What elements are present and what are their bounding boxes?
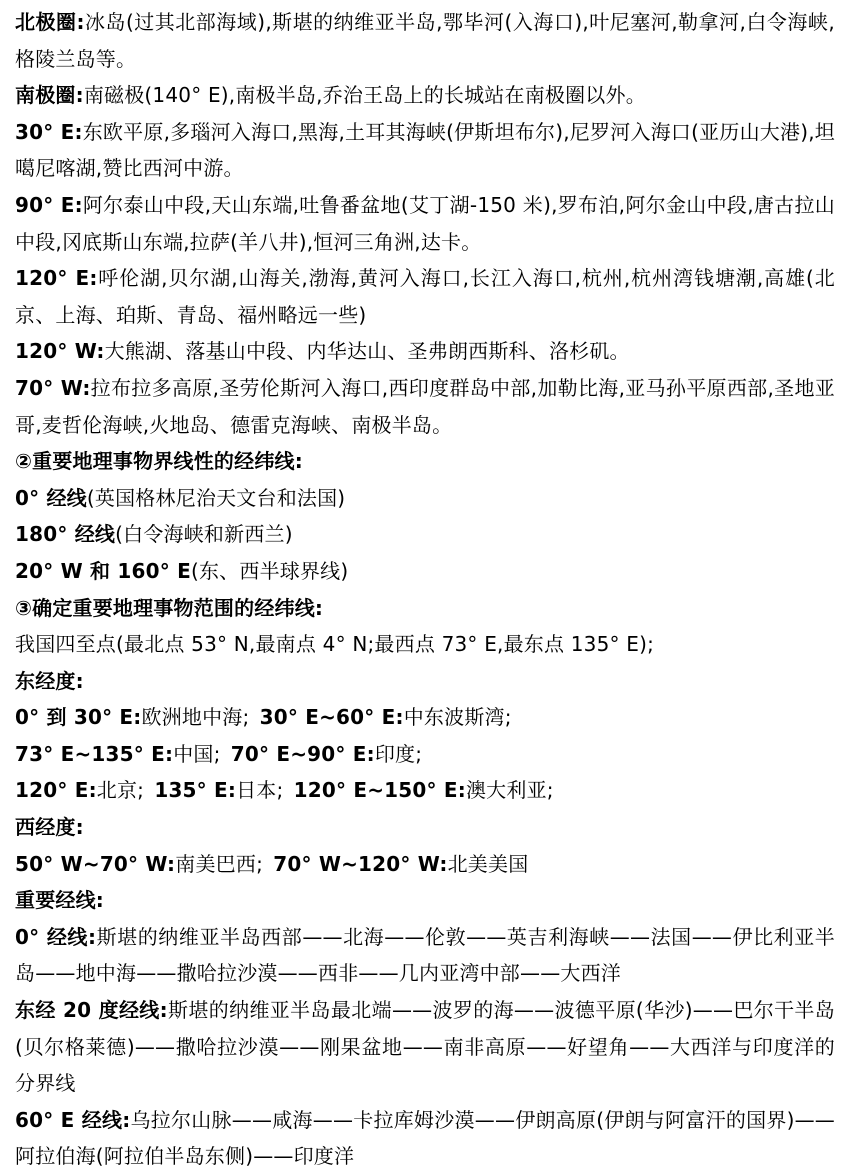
para-meridian-70w: 70° W:拉布拉多高原,圣劳伦斯河入海口,西印度群岛中部,加勒比海,亚马孙平原… — [15, 370, 835, 443]
para-label: 30° E: — [15, 120, 83, 144]
para-label: 120° E~150° E: — [294, 778, 466, 802]
para-label: 135° E: — [154, 778, 236, 802]
para-text: 斯堪的纳维亚半岛西部——北海——伦敦——英吉利海峡——法国——伊比利亚半岛——地… — [15, 925, 835, 986]
para-prime-meridian-route: 0° 经线:斯堪的纳维亚半岛西部——北海——伦敦——英吉利海峡——法国——伊比利… — [15, 919, 835, 992]
para-label: 30° E~60° E: — [260, 705, 404, 729]
para-text: 东欧平原,多瑙河入海口,黑海,土耳其海峡(伊斯坦布尔),尼罗河入海口(亚历山大港… — [15, 120, 835, 181]
para-meridian-120e: 120° E:呼伦湖,贝尔湖,山海关,渤海,黄河入海口,长江入海口,杭州,杭州湾… — [15, 260, 835, 333]
heading-important-meridians: 重要经线: — [15, 882, 835, 919]
para-label: 北极圈: — [15, 10, 85, 34]
para-text: (东、西半球界线) — [191, 559, 348, 583]
para-text: 中国; — [173, 742, 231, 766]
para-meridian-180: 180° 经线(白令海峡和新西兰) — [15, 516, 835, 553]
para-label: 120° E: — [15, 778, 97, 802]
para-meridian-90e: 90° E:阿尔泰山中段,天山东端,吐鲁番盆地(艾丁湖-150 米),罗布泊,阿… — [15, 187, 835, 260]
heading-label: 西经度: — [15, 815, 84, 839]
heading-range-lines: ③确定重要地理事物范围的经纬线: — [15, 590, 835, 627]
para-label: 0° 经线 — [15, 486, 87, 510]
para-label: 120° E: — [15, 266, 98, 290]
para-arctic-circle: 北极圈:冰岛(过其北部海域),斯堪的纳维亚半岛,鄂毕河(入海口),叶尼塞河,勒拿… — [15, 4, 835, 77]
para-antarctic-circle: 南极圈:南磁极(140° E),南极半岛,乔治王岛上的长城站在南极圈以外。 — [15, 77, 835, 114]
para-text: 南磁极(140° E),南极半岛,乔治王岛上的长城站在南极圈以外。 — [84, 83, 646, 107]
para-label: 0° 经线: — [15, 925, 96, 949]
para-prime-meridian: 0° 经线(英国格林尼治天文台和法国) — [15, 480, 835, 517]
para-text: 冰岛(过其北部海域),斯堪的纳维亚半岛,鄂毕河(入海口),叶尼塞河,勒拿河,白令… — [15, 10, 835, 71]
para-label: 南极圈: — [15, 83, 84, 107]
para-east-120e-to-150e: 120° E:北京; 135° E:日本; 120° E~150° E:澳大利亚… — [15, 772, 835, 809]
para-meridian-30e: 30° E:东欧平原,多瑙河入海口,黑海,土耳其海峡(伊斯坦布尔),尼罗河入海口… — [15, 114, 835, 187]
para-text: 阿尔泰山中段,天山东端,吐鲁番盆地(艾丁湖-150 米),罗布泊,阿尔金山中段,… — [15, 193, 835, 254]
para-west-50w-to-120w: 50° W~70° W:南美巴西; 70° W~120° W:北美美国 — [15, 846, 835, 883]
para-label: 180° 经线 — [15, 522, 115, 546]
heading-label: ③确定重要地理事物范围的经纬线: — [15, 596, 323, 620]
para-east-73e-to-90e: 73° E~135° E:中国; 70° E~90° E:印度; — [15, 736, 835, 773]
para-text: 澳大利亚; — [466, 778, 554, 802]
para-meridian-20e-route: 东经 20 度经线:斯堪的纳维亚半岛最北端——波罗的海——波德平原(华沙)——巴… — [15, 992, 835, 1102]
heading-label: 东经度: — [15, 669, 84, 693]
para-label: 120° W: — [15, 339, 105, 363]
para-label: 70° W~120° W: — [273, 852, 447, 876]
para-label: 90° E: — [15, 193, 83, 217]
heading-boundary-lines: ②重要地理事物界线性的经纬线: — [15, 443, 835, 480]
heading-label: ②重要地理事物界线性的经纬线: — [15, 449, 303, 473]
study-notes-document: 北极圈:冰岛(过其北部海域),斯堪的纳维亚半岛,鄂毕河(入海口),叶尼塞河,勒拿… — [0, 0, 850, 1175]
para-text: 中东波斯湾; — [404, 705, 512, 729]
para-meridian-60e-route: 60° E 经线:乌拉尔山脉——咸海——卡拉库姆沙漠——伊朗高原(伊朗与阿富汗的… — [15, 1102, 835, 1175]
para-text: 印度; — [375, 742, 422, 766]
para-label: 50° W~70° W: — [15, 852, 175, 876]
para-text: 大熊湖、落基山中段、内华达山、圣弗朗西斯科、洛杉矶。 — [105, 339, 630, 363]
para-text: 南美巴西; — [175, 852, 273, 876]
para-text: 北美美国 — [448, 852, 529, 876]
para-label: 20° W 和 160° E — [15, 559, 191, 583]
heading-west-longitude: 西经度: — [15, 809, 835, 846]
para-text: 北京; — [97, 778, 155, 802]
para-label: 73° E~135° E: — [15, 742, 173, 766]
para-text: 日本; — [236, 778, 294, 802]
heading-label: 重要经线: — [15, 888, 104, 912]
para-label: 70° E~90° E: — [231, 742, 375, 766]
para-text: (英国格林尼治天文台和法国) — [87, 486, 345, 510]
para-text: 乌拉尔山脉——咸海——卡拉库姆沙漠——伊朗高原(伊朗与阿富汗的国界)——阿拉伯海… — [15, 1108, 835, 1169]
para-label: 70° W: — [15, 376, 91, 400]
para-label: 东经 20 度经线: — [15, 998, 168, 1022]
para-label: 0° 到 30° E: — [15, 705, 142, 729]
para-text: 呼伦湖,贝尔湖,山海关,渤海,黄河入海口,长江入海口,杭州,杭州湾钱塘潮,高雄(… — [15, 266, 835, 327]
para-label: 60° E 经线: — [15, 1108, 130, 1132]
para-text: 拉布拉多高原,圣劳伦斯河入海口,西印度群岛中部,加勒比海,亚马孙平原西部,圣地亚… — [15, 376, 835, 437]
para-east-0-to-60e: 0° 到 30° E:欧洲地中海; 30° E~60° E:中东波斯湾; — [15, 699, 835, 736]
para-text: (白令海峡和新西兰) — [115, 522, 293, 546]
para-china-extreme-points: 我国四至点(最北点 53° N,最南点 4° N;最西点 73° E,最东点 1… — [15, 626, 835, 663]
para-text: 欧洲地中海; — [142, 705, 260, 729]
heading-east-longitude: 东经度: — [15, 663, 835, 700]
para-meridian-120w: 120° W:大熊湖、落基山中段、内华达山、圣弗朗西斯科、洛杉矶。 — [15, 333, 835, 370]
para-hemisphere-boundary: 20° W 和 160° E(东、西半球界线) — [15, 553, 835, 590]
para-text: 我国四至点(最北点 53° N,最南点 4° N;最西点 73° E,最东点 1… — [15, 632, 654, 656]
